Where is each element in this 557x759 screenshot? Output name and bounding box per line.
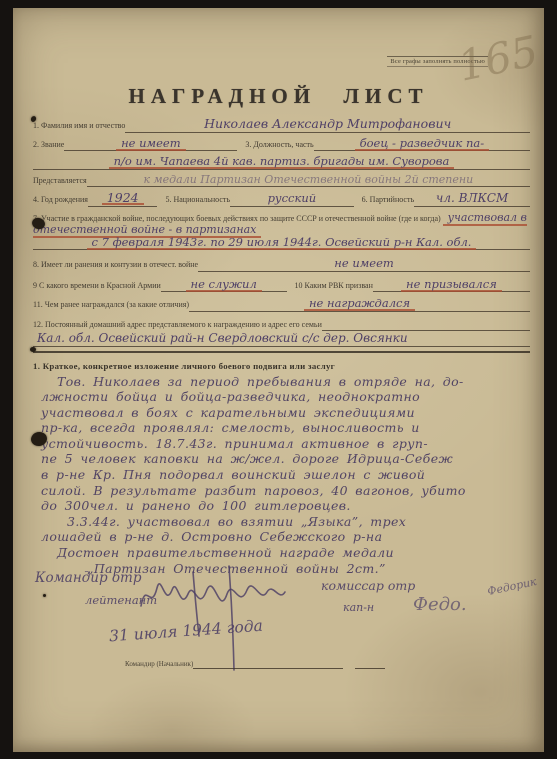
field-address-value: Кал. обл. Освейский рай-н Свердловский с…	[37, 333, 408, 344]
field-name-value: Николаев Александр Митрофанович	[204, 118, 451, 129]
page-title: НАГРАДНОЙ ЛИСТ	[13, 84, 544, 109]
footer-commander-label: Командир (Начальник)	[125, 660, 193, 669]
field-rvk-label: 10 Каким РВК призван	[295, 281, 373, 293]
commissar-role: комиссар отр	[321, 578, 415, 593]
field-name-label: 1. Фамилия имя и отчество	[33, 121, 125, 133]
field-presented: Представляется к медали Партизан Отечест…	[33, 174, 530, 188]
field-birthyear-line: 1924	[88, 192, 158, 207]
field-war-label: 7. Участие в гражданской войне, последую…	[33, 214, 441, 223]
field-nationality-label: 5. Национальность	[165, 195, 230, 207]
field-war-line2: с 7 февраля 1943г. по 29 июля 1944г. Осв…	[33, 237, 530, 251]
citation-line: лжности бойца и бойца-разведчика, неодно…	[41, 389, 516, 405]
field-wounds-label: 8. Имеет ли ранения и контузии в отечест…	[33, 260, 198, 272]
field-presented-label: Представляется	[33, 176, 87, 188]
citation-line: силой. В результате разбит паровоз, 40 в…	[41, 483, 516, 499]
field-army-label: 9 С какого времени в Красной Армии	[33, 281, 161, 293]
field-rvk-line: не призывался	[373, 279, 530, 293]
citation-line: пе 5 человек каповки на ж/жел. дороге Ид…	[41, 451, 516, 467]
field-rank-position: 2. Звание не имеет 3. Должность, часть б…	[33, 138, 530, 152]
field-name: 1. Фамилия имя и отчество Николаев Алекс…	[33, 118, 530, 133]
field-wounds-value: не имеет	[334, 258, 394, 269]
field-army-value: не служил	[186, 279, 262, 292]
field-position-label: 3. Должность, часть	[245, 140, 313, 152]
citation-text: Тов. Николаев за период пребывания в отр…	[33, 374, 530, 577]
citation-line: до 300чел. и ранено до 100 гитлеровцев.	[41, 498, 516, 514]
commander-role: Командир отр	[35, 570, 141, 586]
footer-signature-line-short	[355, 660, 385, 669]
field-wounds-line: не имеет	[198, 258, 530, 272]
citation-line: Тов. Николаев за период пребывания в отр…	[41, 374, 516, 390]
citation-line: Достоен правительственной награде медали	[41, 545, 516, 561]
field-army-rvk: 9 С какого времени в Красной Армии не сл…	[33, 279, 530, 293]
field-position-continued: п/о им. Чапаева 4й кав. партиз. бригады …	[33, 156, 530, 170]
citation-heading: 1. Краткое, конкретное изложение личного…	[33, 361, 530, 371]
ink-speck	[43, 594, 46, 597]
field-presented-line: к медали Партизан Отечественной войны 2й…	[87, 174, 530, 188]
field-birthyear-value: 1924	[102, 192, 144, 205]
citation-line: лошадей в р-не д. Островно Себежского р-…	[41, 529, 516, 545]
field-address-line2: Кал. обл. Освейский рай-н Свердловский с…	[33, 333, 530, 347]
field-nationality-line: русский	[230, 193, 354, 207]
citation-line: 3.3.44г. участвовал во взятии „Языка”, т…	[41, 514, 516, 530]
field-wounds: 8. Имеет ли ранения и контузии в отечест…	[33, 258, 530, 272]
pencil-page-number: 165	[454, 26, 543, 91]
field-position-line: боец - разведчик па-	[314, 138, 530, 152]
section-divider	[33, 351, 530, 353]
field-party-value: чл. ВЛКСМ	[436, 193, 508, 204]
field-war-participation: 7. Участие в гражданской войне, последую…	[33, 212, 530, 236]
field-prior-awards: 11. Чем ранее награждался (за какие отли…	[33, 298, 530, 312]
field-war-value2: с 7 февраля 1943г. по 29 июля 1944г. Осв…	[87, 237, 477, 250]
side-note-signature: Федорик	[486, 575, 538, 598]
field-address-label: 12. Постоянный домашний адрес представля…	[33, 320, 322, 332]
commander-signature	[133, 562, 313, 674]
commissar-rank: кап-н	[343, 601, 374, 614]
citation-line: в р-не Кр. Пня подорвал воинский эшелон …	[41, 467, 516, 483]
footer-signature-line	[193, 660, 343, 669]
field-party-line: чл. ВЛКСМ	[414, 193, 530, 207]
field-address-continued: Кал. обл. Освейский рай-н Свердловский с…	[33, 333, 530, 347]
citation-line: пр-ка, всегда проявлял: смелость, выносл…	[41, 420, 516, 436]
field-war-continued: с 7 февраля 1943г. по 29 июля 1944г. Осв…	[33, 237, 530, 251]
field-army-line: не служил	[161, 279, 287, 293]
field-rank-value: не имеет	[116, 138, 186, 151]
citation-line: устойчивость. 18.7.43г. принимал активно…	[41, 436, 516, 452]
form-fields: 1. Фамилия имя и отчество Николаев Алекс…	[33, 114, 530, 576]
award-sheet-page: Все графы заполнять полностью 165 НАГРАД…	[13, 8, 544, 752]
commissar-signature: Федо.	[413, 594, 467, 615]
field-prior-awards-label: 11. Чем ранее награждался (за какие отли…	[33, 300, 189, 312]
field-presented-value: к медали Партизан Отечественной войны 2й…	[143, 174, 473, 185]
field-position-value: боец - разведчик па-	[355, 138, 489, 151]
field-position-line2: п/о им. Чапаева 4й кав. партиз. бригады …	[33, 156, 530, 170]
field-prior-awards-line: не награждался	[189, 298, 530, 312]
field-birth-nation-party: 4. Год рождения 1924 5. Национальность р…	[33, 192, 530, 207]
field-rank-label: 2. Звание	[33, 140, 64, 152]
field-birthyear-label: 4. Год рождения	[33, 195, 88, 207]
field-address: 12. Постоянный домашний адрес представля…	[33, 320, 530, 332]
field-position-value2: п/о им. Чапаева 4й кав. партиз. бригады …	[109, 156, 455, 169]
ink-speck	[30, 347, 36, 352]
field-rank-line: не имеет	[64, 138, 237, 152]
footer-commander-line: Командир (Начальник)	[125, 660, 424, 669]
field-party-label: 6. Партийность	[362, 195, 414, 207]
field-nationality-value: русский	[268, 193, 317, 204]
field-rvk-value: не призывался	[401, 279, 502, 292]
field-prior-awards-value: не награждался	[304, 298, 415, 311]
citation-line: участвовал в боях с карательными экспеди…	[41, 405, 516, 421]
field-name-line: Николаев Александр Митрофанович	[125, 118, 530, 133]
